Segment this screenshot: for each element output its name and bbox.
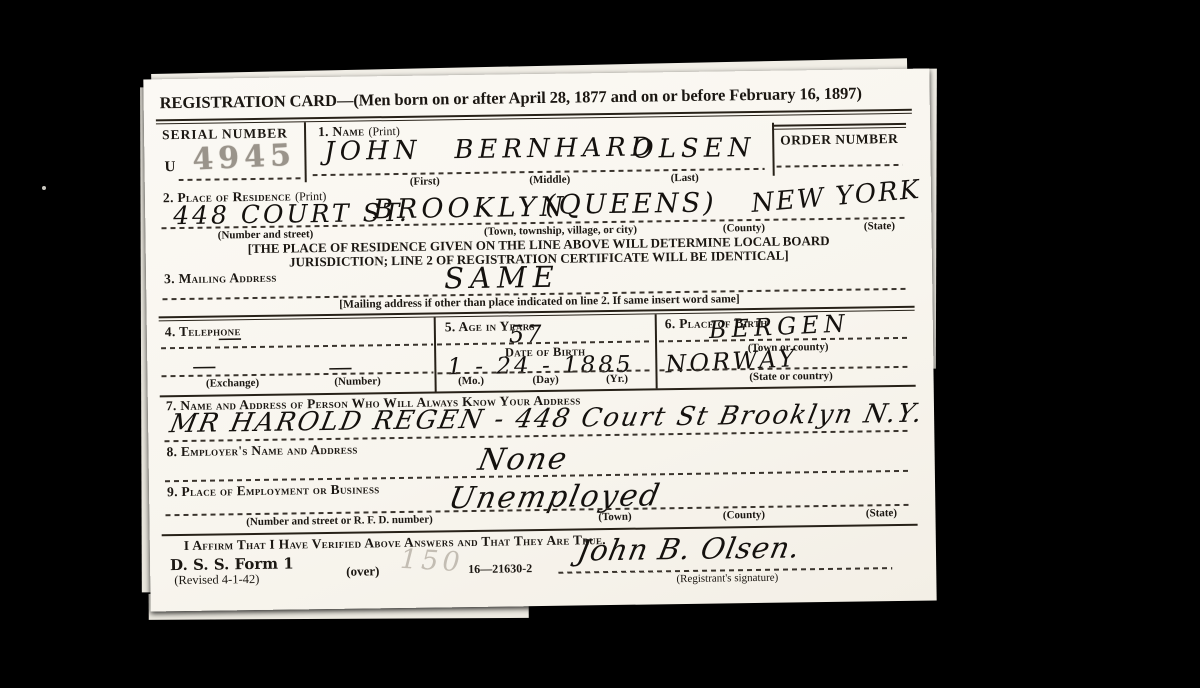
name-middle-value: BERNHARD [454,132,657,165]
caption-county: (County) [701,509,786,522]
card-title: REGISTRATION CARD—(Men born on or after … [160,83,862,113]
form-number: D. S. S. Form 1 [170,554,294,574]
employer-value: None [475,442,571,478]
residence-town-value: BROOKLYN [373,192,568,226]
residence-county-value: (QUEENS) [545,188,717,221]
registration-card: REGISTRATION CARD—(Men born on or after … [143,69,936,612]
serial-number-stamp: 4945 [192,138,297,178]
caption-number: (Number) [312,375,402,388]
vertical-rule [655,314,658,388]
caption-day: (Day) [515,374,575,387]
caption-last: (Last) [645,171,725,184]
caption-middle: (Middle) [510,173,590,186]
dotted-line [161,343,433,349]
employer-label: 8. Employer's Name and Address [166,442,357,461]
caption-rfd-number: (Number and street or R. F. D. number) [204,513,474,529]
print-code: 16—21630-2 [468,561,532,577]
serial-prefix: U [164,159,175,176]
employment-label: 9. Place of Employment or Business [167,481,380,500]
caption-year: (Yr.) [589,373,644,386]
double-rule [772,123,906,130]
over-note: (over) [346,563,379,579]
dust-speck [42,186,46,190]
affirmation-text: I Affirm That I Have Verified Above Answ… [184,532,606,554]
mailing-address-label: 3. Mailing Address [164,270,277,288]
caption-first: (First) [385,175,465,188]
registrant-signature: John B. Olsen. [575,530,804,567]
name-first-value: JOHN [324,136,422,167]
caption-state: (State) [841,507,921,520]
dotted-line [179,177,303,181]
vertical-rule [304,122,307,182]
caption-state-or-country: (State or country) [703,369,878,383]
pencil-annotation: 150 [399,544,464,578]
dotted-line [777,164,903,168]
name-last-value: OLSEN [632,133,756,165]
mailing-address-value: SAME [444,260,560,296]
caption-town: (Town) [577,510,652,523]
vertical-rule [772,123,775,176]
caption-registrant-signature: (Registrant's signature) [612,571,842,586]
residence-state-value: NEW YORK [750,175,922,219]
caption-exchange: (Exchange) [187,377,277,390]
caption-month: (Mo.) [443,375,498,388]
form-revision: (Revised 4-1-42) [174,572,259,588]
scan-background: REGISTRATION CARD—(Men born on or after … [0,0,1200,688]
card-stack: REGISTRATION CARD—(Men born on or after … [143,69,936,612]
order-number-label: ORDER NUMBER [780,131,898,149]
caption-state: (State) [839,220,919,233]
